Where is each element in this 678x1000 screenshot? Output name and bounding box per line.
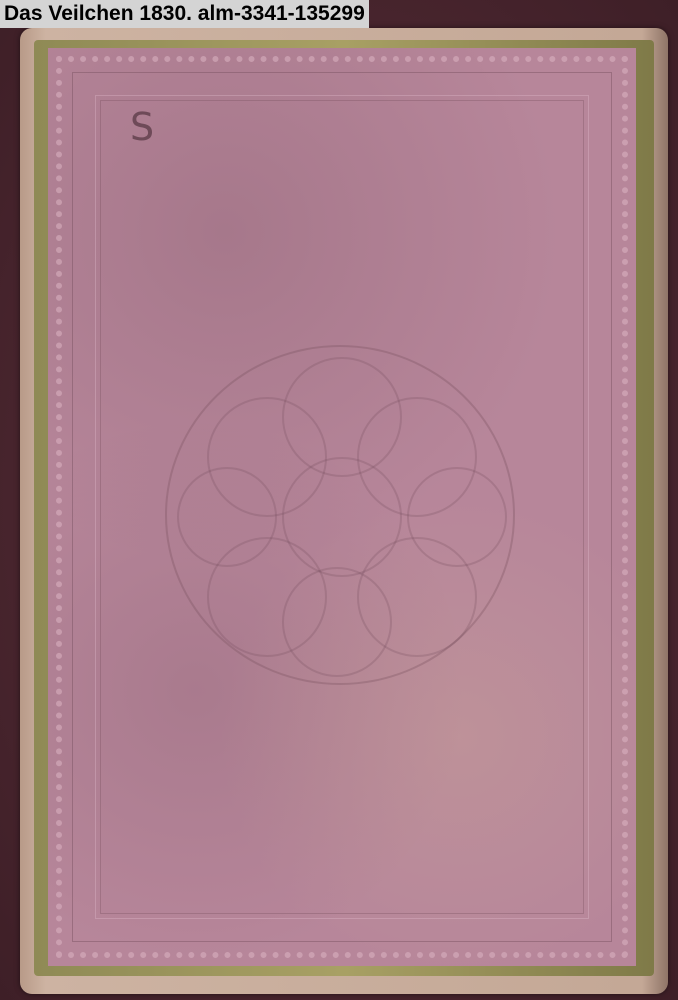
image-caption: Das Veilchen 1830. alm-3341-135299 xyxy=(0,0,369,28)
central-medallion-ornament xyxy=(165,345,515,685)
monogram-letter: S xyxy=(130,105,154,149)
medallion-lobe xyxy=(282,567,392,677)
